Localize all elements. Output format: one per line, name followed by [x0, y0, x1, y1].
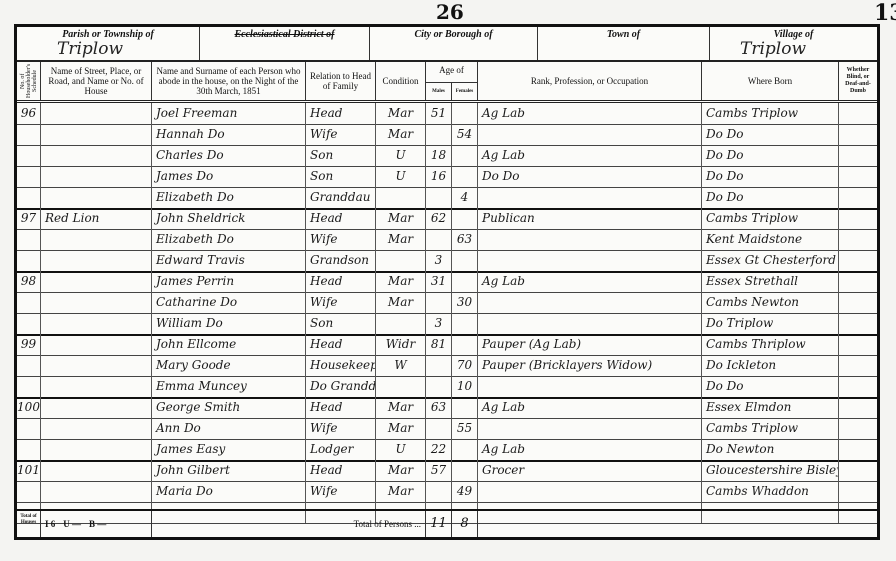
where-born-cell: Kent Maidstone [702, 229, 839, 250]
street-name-cell [41, 313, 152, 334]
blind-deaf-cell [839, 124, 877, 145]
female-age-cell [452, 460, 478, 481]
blind-deaf-cell [839, 229, 877, 250]
person-name-cell: Edward Travis [152, 250, 306, 271]
street-name-cell [41, 376, 152, 397]
town-label: Town of [538, 29, 709, 40]
female-age-cell: 49 [452, 481, 478, 502]
female-age-cell [452, 313, 478, 334]
condition-cell: U [376, 145, 426, 166]
condition-cell: Mar [376, 460, 426, 481]
condition-cell: U [376, 166, 426, 187]
male-age-cell [426, 418, 452, 439]
occupation-cell [478, 313, 702, 334]
where-born-cell: Cambs Whaddon [702, 481, 839, 502]
ecclesiastical-cell: Ecclesiastical District of [200, 27, 370, 60]
relation-cell: Head [306, 103, 376, 124]
blind-deaf-cell [839, 481, 877, 502]
table-row: 99John EllcomeHeadWidr81Pauper (Ag Lab)C… [17, 334, 877, 356]
female-age-cell [452, 145, 478, 166]
female-age-cell [452, 334, 478, 355]
person-name-cell: Hannah Do [152, 124, 306, 145]
male-age-cell: 81 [426, 334, 452, 355]
where-born-cell: Do Do [702, 376, 839, 397]
relation-cell: Head [306, 334, 376, 355]
relation-cell: Son [306, 313, 376, 334]
female-age-cell: 55 [452, 418, 478, 439]
male-age-cell: 31 [426, 271, 452, 292]
schedule-number-cell [17, 166, 41, 187]
female-age-cell [452, 250, 478, 271]
houses-inhabited: I 6 [41, 519, 55, 529]
table-row: Emma MunceyDo Granddau10Do Do [17, 376, 877, 399]
male-age-cell: 62 [426, 208, 452, 229]
occupation-cell: Ag Lab [478, 103, 702, 124]
occupation-cell [478, 481, 702, 502]
schedule-number-cell: 101 [17, 460, 41, 481]
person-name-cell: Emma Muncey [152, 376, 306, 397]
table-row: Hannah DoWifeMar54Do Do [17, 124, 877, 146]
schedule-number-cell: 96 [17, 103, 41, 124]
where-born-cell: Cambs Triplow [702, 418, 839, 439]
female-age-cell: 70 [452, 355, 478, 376]
blind-deaf-cell [839, 460, 877, 481]
totals-row: Total of Houses I 6 U — B — Total of Per… [17, 509, 877, 537]
occupation-cell [478, 418, 702, 439]
schedule-number-cell [17, 418, 41, 439]
person-name-cell: James Do [152, 166, 306, 187]
table-row: Maria DoWifeMar49Cambs Whaddon [17, 481, 877, 503]
col-schedule-no: No. of Householder's Schedule [17, 62, 41, 100]
female-age-cell [452, 103, 478, 124]
person-name-cell: Catharine Do [152, 292, 306, 313]
where-born-cell: Cambs Triplow [702, 208, 839, 229]
person-name-cell: James Easy [152, 439, 306, 460]
relation-cell: Wife [306, 229, 376, 250]
schedule-number-cell [17, 229, 41, 250]
female-age-cell [452, 166, 478, 187]
condition-cell: Mar [376, 103, 426, 124]
street-name-cell [41, 166, 152, 187]
schedule-number-cell [17, 481, 41, 502]
table-row: 101John GilbertHeadMar57GrocerGloucester… [17, 460, 877, 482]
schedule-number-cell [17, 439, 41, 460]
condition-cell: Widr [376, 334, 426, 355]
male-age-cell: 57 [426, 460, 452, 481]
col-relation: Relation to Head of Family [306, 62, 376, 100]
ecclesiastical-label: Ecclesiastical District of [200, 29, 369, 40]
condition-cell: Mar [376, 124, 426, 145]
relation-cell: Grandson [306, 250, 376, 271]
blind-deaf-cell [839, 418, 877, 439]
schedule-number-cell: 100 [17, 397, 41, 418]
occupation-cell: Grocer [478, 460, 702, 481]
street-name-cell [41, 460, 152, 481]
blind-deaf-cell [839, 187, 877, 208]
column-headers: No. of Householder's Schedule Name of St… [17, 62, 877, 103]
occupation-cell [478, 187, 702, 208]
relation-cell: Head [306, 271, 376, 292]
where-born-cell: Do Do [702, 145, 839, 166]
occupation-cell: Pauper (Ag Lab) [478, 334, 702, 355]
where-born-cell: Gloucestershire Bisley [702, 460, 839, 481]
male-age-cell [426, 187, 452, 208]
col-where-born: Where Born [702, 62, 839, 100]
male-age-cell: 16 [426, 166, 452, 187]
street-name-cell [41, 229, 152, 250]
houses-building: B — [85, 519, 106, 529]
person-name-cell: John Ellcome [152, 334, 306, 355]
col-name: Name and Surname of each Person who abod… [152, 62, 306, 100]
col-street: Name of Street, Place, or Road, and Name… [41, 62, 152, 100]
occupation-cell [478, 376, 702, 397]
where-born-cell: Cambs Newton [702, 292, 839, 313]
street-name-cell [41, 187, 152, 208]
relation-cell: Son [306, 145, 376, 166]
relation-cell: Wife [306, 418, 376, 439]
female-age-cell: 30 [452, 292, 478, 313]
schedule-number-cell [17, 313, 41, 334]
male-age-cell: 51 [426, 103, 452, 124]
person-name-cell: Maria Do [152, 481, 306, 502]
person-name-cell: Elizabeth Do [152, 229, 306, 250]
condition-cell: Mar [376, 481, 426, 502]
table-row: William DoSon3Do Triplow [17, 313, 877, 336]
condition-cell: Mar [376, 229, 426, 250]
male-age-cell: 22 [426, 439, 452, 460]
street-name-cell [41, 397, 152, 418]
blind-deaf-cell [839, 313, 877, 334]
female-age-cell: 54 [452, 124, 478, 145]
occupation-cell: Ag Lab [478, 145, 702, 166]
blind-deaf-cell [839, 166, 877, 187]
table-row: Catharine DoWifeMar30Cambs Newton [17, 292, 877, 314]
table-row: 96Joel FreemanHeadMar51Ag LabCambs Tripl… [17, 103, 877, 125]
relation-cell: Do Granddau [306, 376, 376, 397]
table-row: 100George SmithHeadMar63Ag LabEssex Elmd… [17, 397, 877, 419]
condition-cell: W [376, 355, 426, 376]
folio-number: 13 [874, 0, 896, 26]
street-name-cell [41, 418, 152, 439]
occupation-cell [478, 124, 702, 145]
relation-cell: Head [306, 397, 376, 418]
condition-cell [376, 313, 426, 334]
male-age-cell: 63 [426, 397, 452, 418]
col-females: Females [452, 82, 478, 100]
relation-cell: Wife [306, 481, 376, 502]
male-age-cell [426, 292, 452, 313]
house-counts: I 6 U — B — [41, 511, 152, 537]
person-name-cell: Mary Goode [152, 355, 306, 376]
male-age-cell [426, 481, 452, 502]
occupation-cell: Ag Lab [478, 439, 702, 460]
male-age-cell: 18 [426, 145, 452, 166]
occupation-cell: Pauper (Bricklayers Widow) [478, 355, 702, 376]
blind-deaf-cell [839, 355, 877, 376]
schedule-number-cell [17, 124, 41, 145]
person-name-cell: John Sheldrick [152, 208, 306, 229]
col-blind-deaf: Whether Blind, or Deaf-and-Dumb [839, 62, 877, 100]
schedule-number-cell [17, 187, 41, 208]
condition-cell: Mar [376, 208, 426, 229]
person-name-cell: Joel Freeman [152, 103, 306, 124]
table-row: Elizabeth DoWifeMar63Kent Maidstone [17, 229, 877, 251]
village-cell: Village of Triplow [710, 27, 877, 60]
locality-header: Parish or Township of Triplow Ecclesiast… [17, 27, 877, 62]
street-name-cell [41, 103, 152, 124]
col-males: Males [426, 82, 452, 100]
table-row: Elizabeth DoGranddau4Do Do [17, 187, 877, 210]
street-name-cell [41, 481, 152, 502]
schedule-number-cell [17, 292, 41, 313]
census-sheet: Parish or Township of Triplow Ecclesiast… [14, 24, 880, 540]
relation-cell: Granddau [306, 187, 376, 208]
total-females: 8 [452, 511, 478, 537]
condition-cell [376, 376, 426, 397]
female-age-cell: 10 [452, 376, 478, 397]
table-row: Mary GoodeHousekeeperW70Pauper (Bricklay… [17, 355, 877, 377]
occupation-cell: Publican [478, 208, 702, 229]
where-born-cell: Cambs Thriplow [702, 334, 839, 355]
male-age-cell [426, 229, 452, 250]
col-age-of: Age of [426, 62, 478, 82]
blind-deaf-cell [839, 292, 877, 313]
female-age-cell [452, 439, 478, 460]
where-born-cell: Do Do [702, 124, 839, 145]
relation-cell: Head [306, 460, 376, 481]
male-age-cell [426, 124, 452, 145]
blind-deaf-cell [839, 208, 877, 229]
city-cell: City or Borough of [370, 27, 538, 60]
condition-cell: Mar [376, 397, 426, 418]
houses-uninhabited: U — [59, 519, 81, 529]
female-age-cell [452, 397, 478, 418]
condition-cell: U [376, 439, 426, 460]
table-row: Charles DoSonU18Ag LabDo Do [17, 145, 877, 167]
table-row: Edward TravisGrandson3Essex Gt Chesterfo… [17, 250, 877, 273]
relation-cell: Lodger [306, 439, 376, 460]
street-name-cell [41, 124, 152, 145]
parish-cell: Parish or Township of Triplow [17, 27, 200, 60]
table-row: 97Red LionJohn SheldrickHeadMar62Publica… [17, 208, 877, 230]
street-name-cell: Red Lion [41, 208, 152, 229]
male-age-cell: 3 [426, 250, 452, 271]
street-name-cell [41, 355, 152, 376]
table-row: James EasyLodgerU22Ag LabDo Newton [17, 439, 877, 462]
condition-cell: Mar [376, 292, 426, 313]
total-houses-label: Total of Houses [17, 511, 41, 537]
footer-blank [478, 511, 877, 537]
female-age-cell [452, 208, 478, 229]
blind-deaf-cell [839, 439, 877, 460]
blind-deaf-cell [839, 397, 877, 418]
occupation-cell: Ag Lab [478, 271, 702, 292]
street-name-cell [41, 334, 152, 355]
street-name-cell [41, 292, 152, 313]
occupation-cell [478, 229, 702, 250]
relation-cell: Wife [306, 292, 376, 313]
schedule-number-cell: 99 [17, 334, 41, 355]
where-born-cell: Do Ickleton [702, 355, 839, 376]
table-row: 98James PerrinHeadMar31Ag LabEssex Stret… [17, 271, 877, 293]
page-number: 26 [436, 0, 464, 24]
blind-deaf-cell [839, 250, 877, 271]
male-age-cell: 3 [426, 313, 452, 334]
occupation-cell: Ag Lab [478, 397, 702, 418]
where-born-cell: Do Triplow [702, 313, 839, 334]
where-born-cell: Do Do [702, 187, 839, 208]
total-males: 11 [426, 511, 452, 537]
street-name-cell [41, 250, 152, 271]
street-name-cell [41, 271, 152, 292]
schedule-number-cell: 97 [17, 208, 41, 229]
relation-cell: Son [306, 166, 376, 187]
parish-value: Triplow [57, 39, 123, 59]
where-born-cell: Do Newton [702, 439, 839, 460]
where-born-cell: Essex Elmdon [702, 397, 839, 418]
where-born-cell: Do Do [702, 166, 839, 187]
person-name-cell: John Gilbert [152, 460, 306, 481]
schedule-number-cell [17, 250, 41, 271]
where-born-cell: Essex Gt Chesterford [702, 250, 839, 271]
occupation-cell [478, 250, 702, 271]
col-condition: Condition [376, 62, 426, 100]
relation-cell: Housekeeper [306, 355, 376, 376]
male-age-cell [426, 376, 452, 397]
blind-deaf-cell [839, 334, 877, 355]
female-age-cell [452, 271, 478, 292]
female-age-cell: 4 [452, 187, 478, 208]
person-name-cell: Ann Do [152, 418, 306, 439]
person-name-cell: William Do [152, 313, 306, 334]
blind-deaf-cell [839, 271, 877, 292]
female-age-cell: 63 [452, 229, 478, 250]
street-name-cell [41, 439, 152, 460]
schedule-number-cell [17, 376, 41, 397]
village-value: Triplow [740, 39, 806, 59]
blind-deaf-cell [839, 376, 877, 397]
schedule-number-cell: 98 [17, 271, 41, 292]
person-name-cell: Charles Do [152, 145, 306, 166]
relation-cell: Head [306, 208, 376, 229]
occupation-cell: Do Do [478, 166, 702, 187]
condition-cell: Mar [376, 271, 426, 292]
table-row: James DoSonU16Do DoDo Do [17, 166, 877, 188]
blind-deaf-cell [839, 145, 877, 166]
occupation-cell [478, 292, 702, 313]
blind-deaf-cell [839, 103, 877, 124]
town-cell: Town of [538, 27, 710, 60]
city-label: City or Borough of [370, 29, 537, 40]
where-born-cell: Cambs Triplow [702, 103, 839, 124]
male-age-cell [426, 355, 452, 376]
person-name-cell: George Smith [152, 397, 306, 418]
condition-cell: Mar [376, 418, 426, 439]
schedule-number-cell [17, 145, 41, 166]
table-row: Ann DoWifeMar55Cambs Triplow [17, 418, 877, 440]
relation-cell: Wife [306, 124, 376, 145]
person-name-cell: Elizabeth Do [152, 187, 306, 208]
where-born-cell: Essex Strethall [702, 271, 839, 292]
person-name-cell: James Perrin [152, 271, 306, 292]
total-persons-label: Total of Persons ... [152, 511, 426, 537]
condition-cell [376, 250, 426, 271]
street-name-cell [41, 145, 152, 166]
col-occupation: Rank, Profession, or Occupation [478, 62, 702, 100]
schedule-number-cell [17, 355, 41, 376]
condition-cell [376, 187, 426, 208]
